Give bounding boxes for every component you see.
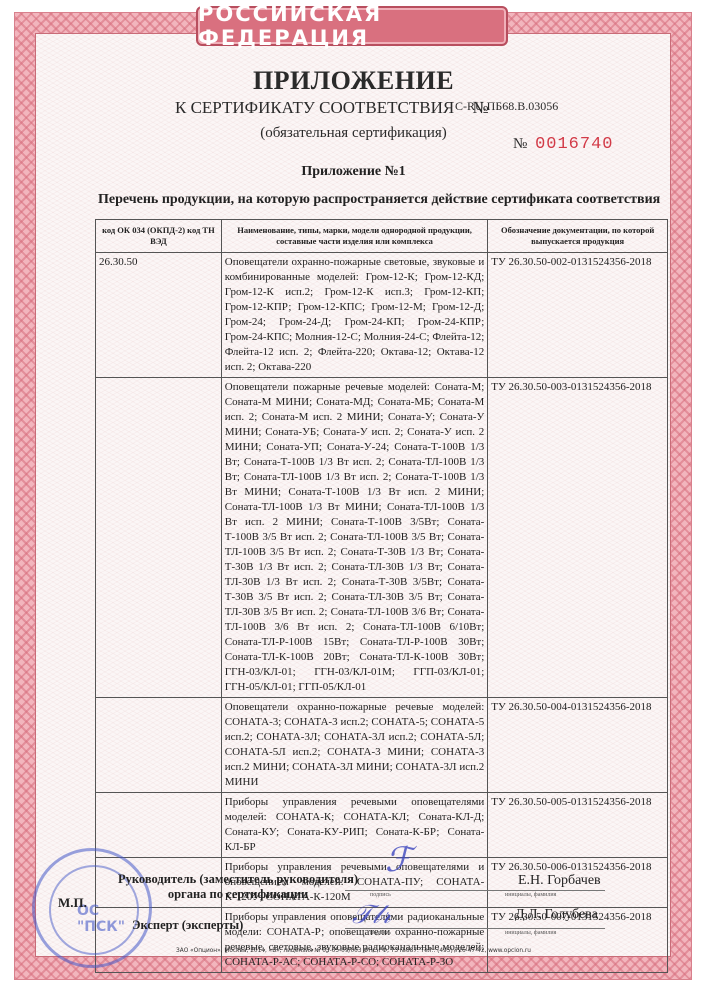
head-name-caption: инициалы, фамилия xyxy=(505,892,556,898)
appendix-title: Приложение №1 xyxy=(0,164,707,180)
expert-name: Д.Л. Голубева xyxy=(515,907,598,923)
cell-code: 26.30.50 xyxy=(96,253,222,378)
cell-description: Оповещатели охранно-пожарные световые, з… xyxy=(221,253,488,378)
cell-code xyxy=(96,378,222,698)
form-serial: № 0016740 xyxy=(513,135,613,154)
certificate-label: К СЕРТИФИКАТУ СООТВЕТСТВИЯ xyxy=(175,98,454,117)
cell-code xyxy=(96,793,222,858)
cell-description: Оповещатели пожарные речевые моделей: Со… xyxy=(221,378,488,698)
cell-documentation: ТУ 26.30.50-005-0131524356-2018 xyxy=(488,793,668,858)
head-signature-line xyxy=(345,890,475,891)
table-row: Приборы управления речевыми оповещателям… xyxy=(96,793,668,858)
head-label-line1: Руководитель (заместитель руководителя) xyxy=(118,872,358,887)
table-header-row: код ОК 034 (ОКПД-2) код ТН ВЭД Наименова… xyxy=(96,220,668,253)
cell-description: Приборы управления речевыми оповещателям… xyxy=(221,793,488,858)
product-list-title: Перечень продукции, на которую распростр… xyxy=(98,192,660,208)
products-table: код ОК 034 (ОКПД-2) код ТН ВЭД Наименова… xyxy=(95,219,668,973)
head-name: Е.Н. Горбачев xyxy=(518,873,601,889)
head-signature-icon: ℱ xyxy=(385,840,412,880)
serial-number: 0016740 xyxy=(535,135,613,154)
head-name-line xyxy=(465,890,605,891)
cell-code xyxy=(96,698,222,793)
certificate-reference: К СЕРТИФИКАТУ СООТВЕТСТВИЯ № xyxy=(175,98,489,118)
expert-name-line xyxy=(465,928,605,929)
country-banner: РОССИЙСКАЯ ФЕДЕРАЦИЯ xyxy=(196,6,508,46)
expert-signature-caption: подпись xyxy=(370,930,391,936)
cell-description: Оповещатели охранно-пожарные речевые мод… xyxy=(221,698,488,793)
head-signature-caption: подпись xyxy=(370,892,391,898)
header-code: код ОК 034 (ОКПД-2) код ТН ВЭД xyxy=(96,220,222,253)
expert-label: Эксперт (эксперты) xyxy=(132,918,243,933)
seal-place-label: М.П. xyxy=(58,895,87,911)
expert-name-caption: инициалы, фамилия xyxy=(505,930,556,936)
expert-signature-icon: 𝒯𝓁𝓇 xyxy=(352,900,391,931)
certificate-number: C-RU.ПБ68.В.03056 xyxy=(455,99,558,114)
head-of-body-label: Руководитель (заместитель руководителя) … xyxy=(118,872,358,902)
table-row: Оповещатели охранно-пожарные речевые мод… xyxy=(96,698,668,793)
cell-documentation: ТУ 26.30.50-002-0131524356-2018 xyxy=(488,253,668,378)
expert-signature-line xyxy=(345,928,475,929)
page-title: ПРИЛОЖЕНИЕ xyxy=(0,66,707,96)
cell-documentation: ТУ 26.30.50-003-0131524356-2018 xyxy=(488,378,668,698)
header-documentation: Обозначение документации, по которой вып… xyxy=(488,220,668,253)
printer-info: ЗАО «Опцион», Москва, 2014, «В», лицензи… xyxy=(0,948,707,954)
head-label-line2: органа по сертификации xyxy=(118,887,358,902)
table-row: Оповещатели пожарные речевые моделей: Со… xyxy=(96,378,668,698)
table-row: 26.30.50 Оповещатели охранно-пожарные св… xyxy=(96,253,668,378)
header-description: Наименование, типы, марки, модели одноро… xyxy=(221,220,488,253)
serial-sign: № xyxy=(513,136,527,152)
cell-documentation: ТУ 26.30.50-004-0131524356-2018 xyxy=(488,698,668,793)
